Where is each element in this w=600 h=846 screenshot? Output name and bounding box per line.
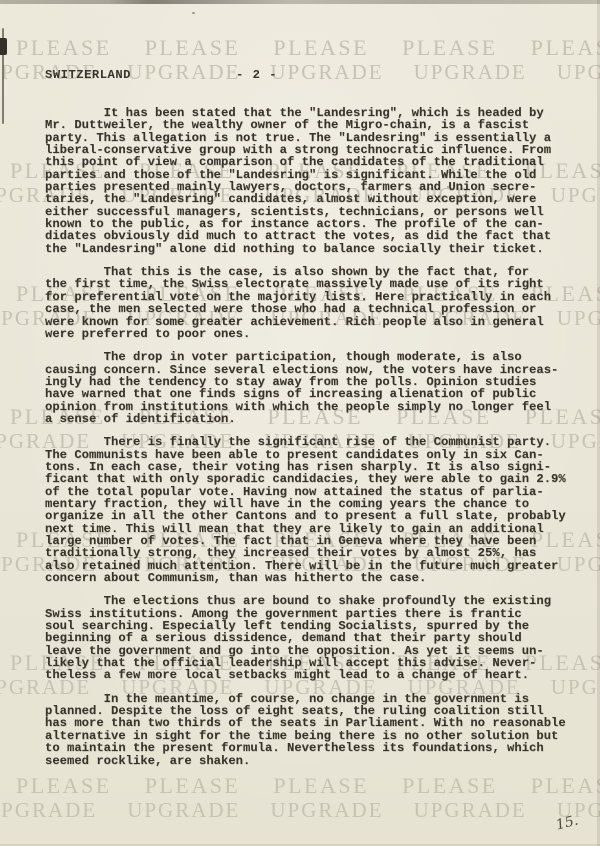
typed-line: There is finally the significant rise of… [45, 436, 580, 448]
typed-line: the first time, the Swiss electorate mas… [45, 278, 580, 290]
scanned-document-page: PLEASEPLEASEPLEASEPLEASEPLEASEPLEASEUPGR… [0, 0, 600, 846]
typed-line: traditionally strong, they increased the… [45, 547, 580, 559]
scan-noise-speck [447, 186, 449, 188]
typed-line: seemed rocklike, are shaken. [45, 755, 580, 767]
watermark-word: UPGRADE [0, 798, 97, 823]
typed-line: this point of view a comparison of the c… [45, 156, 580, 168]
watermark-word: PLEASE [273, 35, 369, 61]
handwritten-mark: 15. [554, 813, 579, 834]
typed-paragraph: In the meantime, of course, no change in… [45, 693, 580, 767]
watermark-word: UPGRADE [127, 798, 240, 823]
typed-line: a sense of identification. [45, 413, 580, 425]
typed-line: has more than two thirds of the seats in… [45, 717, 580, 729]
typed-line: were known for some greater achievement.… [45, 316, 580, 328]
page-number-label: - 2 - [236, 68, 278, 82]
scan-noise-speck [192, 12, 195, 14]
typed-line: to maintain the present formula. Neverth… [45, 742, 580, 754]
typed-paragraph: There is finally the significant rise of… [45, 436, 580, 584]
document-body: It has been stated that the "Landesring"… [45, 107, 580, 778]
typed-line: case, the men selected were those who ha… [45, 303, 580, 315]
typed-line: The drop in voter participation, though … [45, 351, 580, 363]
watermark-word: UPGRADE [414, 798, 527, 823]
typed-paragraph: The elections thus are bound to shake pr… [45, 595, 580, 681]
typed-line: theless a few more local setbacks might … [45, 669, 580, 681]
typed-line: organize in all the other Cantons and to… [45, 510, 580, 522]
typed-line: The elections thus are bound to shake pr… [45, 595, 580, 607]
typed-line: taries, the "Landesring" candidates, alm… [45, 193, 580, 205]
scan-ink-blob [0, 38, 7, 55]
watermark-row-upgrade: UPGRADEUPGRADEUPGRADEUPGRADEUPGRADEUPGRA… [0, 798, 600, 823]
watermark-word: PLEASE [145, 35, 241, 61]
typed-line: beginning of a serious dissidence, deman… [45, 632, 580, 644]
typed-paragraph: It has been stated that the "Landesring"… [45, 107, 580, 255]
document-header: SWITZERLAND - 2 - [0, 68, 600, 82]
country-header-label: SWITZERLAND [45, 68, 131, 82]
typed-paragraph: That this is the case, is also shown by … [45, 266, 580, 340]
watermark-word: PLEASE [402, 35, 498, 61]
scan-noise-speck [352, 700, 354, 702]
typed-line: concern about Communism, than was hither… [45, 572, 580, 584]
watermark-word: UPGRADE [270, 798, 383, 823]
watermark-word: PLEASE [531, 35, 600, 61]
typed-line: the "Landesring" alone did nothing to ba… [45, 243, 580, 255]
watermark-word: PLEASE [16, 35, 112, 61]
typed-line: have warned that one finds signs of incr… [45, 388, 580, 400]
scan-noise-speck [243, 578, 246, 581]
typed-paragraph: The drop in voter participation, though … [45, 351, 580, 425]
typed-line: didates obviously did much to attract th… [45, 230, 580, 242]
watermark-row-please: PLEASEPLEASEPLEASEPLEASEPLEASEPLEASE [16, 35, 600, 61]
typed-line: were preferred to poor ones. [45, 328, 580, 340]
typed-line: Mr. Duttweiler, the wealthy owner of the… [45, 119, 580, 131]
scan-edge-artifact-top [0, 0, 600, 4]
typed-line: ficant that with only sporadic candidaci… [45, 473, 580, 485]
